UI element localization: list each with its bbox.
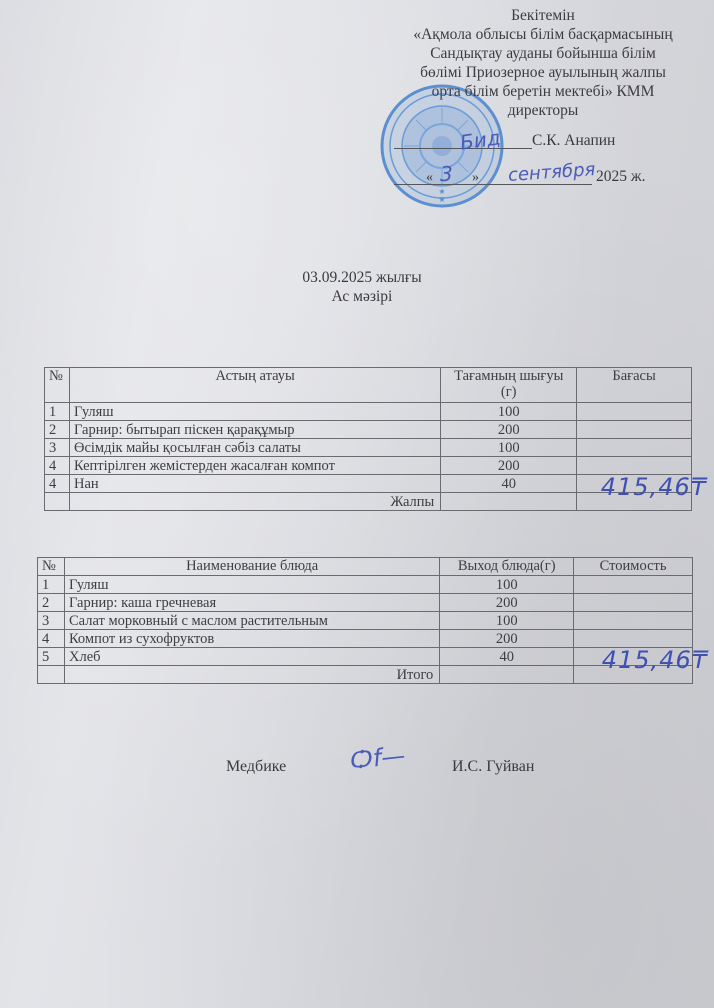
table-row: 3 Салат морковный с маслом растительным … xyxy=(38,612,693,630)
total-label: Жалпы xyxy=(69,493,440,511)
table-row: 2 Гарнир: бытырап піскен қарақұмыр 200 xyxy=(45,421,692,439)
row-qty: 100 xyxy=(440,612,574,630)
row-dish-name: Кептірілген жемістерден жасалған компот xyxy=(69,457,440,475)
row-num: 4 xyxy=(38,630,65,648)
approval-line: бөлімі Приозерное ауылының жалпы xyxy=(378,63,708,82)
row-num: 2 xyxy=(38,594,65,612)
table-row: 3 Өсімдік майы қосылған сәбіз салаты 100 xyxy=(45,439,692,457)
table-row: 4 Кептірілген жемістерден жасалған компо… xyxy=(45,457,692,475)
header-name: Астың атауы xyxy=(69,368,440,403)
director-name: С.К. Анапин xyxy=(532,132,615,150)
nurse-role: Медбике xyxy=(226,758,286,776)
approval-block: Бекітемін «Ақмола облысы білім басқармас… xyxy=(378,6,708,120)
menu-label: Ас мәзірі xyxy=(10,287,714,306)
svg-text:★: ★ xyxy=(438,195,445,204)
table-row: 1 Гуляш 100 xyxy=(38,576,693,594)
row-dish-name: Гуляш xyxy=(69,403,440,421)
document-title: 03.09.2025 жылғы Ас мәзірі xyxy=(0,268,714,306)
header-num: № xyxy=(38,558,65,576)
header-price: Бағасы xyxy=(577,368,692,403)
row-dish-name: Гарнир: каша гречневая xyxy=(64,594,439,612)
row-price xyxy=(574,630,693,648)
row-qty: 200 xyxy=(440,594,574,612)
table-row: 4 Компот из сухофруктов 200 xyxy=(38,630,693,648)
row-dish-name: Салат морковный с маслом растительным xyxy=(64,612,439,630)
handwritten-total: 415,46₸ xyxy=(601,479,707,495)
row-qty: 40 xyxy=(441,475,577,493)
row-qty: 40 xyxy=(440,648,574,666)
row-price xyxy=(574,576,693,594)
row-num: 1 xyxy=(38,576,65,594)
approval-line: директоры xyxy=(378,101,708,120)
row-qty: 200 xyxy=(440,630,574,648)
row-num: 1 xyxy=(45,403,70,421)
row-dish-name: Хлеб xyxy=(64,648,439,666)
header-num: № xyxy=(45,368,70,403)
table-row: 2 Гарнир: каша гречневая 200 xyxy=(38,594,693,612)
approval-line: орта білім беретін мектебі» КММ xyxy=(378,82,708,101)
menu-table-kazakh: № Астың атауы Тағамның шығуы (г) Бағасы … xyxy=(44,367,692,511)
table-header-row: № Наименование блюда Выход блюда(г) Стои… xyxy=(38,558,693,576)
row-dish-name: Компот из сухофруктов xyxy=(64,630,439,648)
approval-date-year: 2025 ж. xyxy=(596,168,645,186)
row-dish-name: Гарнир: бытырап піскен қарақұмыр xyxy=(69,421,440,439)
approval-line: Сандықтау ауданы бойынша білім xyxy=(378,44,708,63)
row-num: 4 xyxy=(45,475,70,493)
row-price xyxy=(574,594,693,612)
total-qty xyxy=(440,666,574,684)
table-header-row: № Астың атауы Тағамның шығуы (г) Бағасы xyxy=(45,368,692,403)
row-dish-name: Нан xyxy=(69,475,440,493)
approval-line: Бекітемін xyxy=(378,6,708,25)
row-num: 5 xyxy=(38,648,65,666)
table-total-row: Жалпы 415,46₸ xyxy=(45,493,692,511)
approval-line: «Ақмола облысы білім басқармасының xyxy=(378,25,708,44)
table-row: 1 Гуляш 100 xyxy=(45,403,692,421)
handwritten-total: 415,46₸ xyxy=(602,652,708,668)
total-price: 415,46₸ xyxy=(577,493,692,511)
nurse-signature: Ѻf— xyxy=(349,741,407,775)
row-price xyxy=(577,403,692,421)
menu-date: 03.09.2025 жылғы xyxy=(10,268,714,287)
total-spacer xyxy=(45,493,70,511)
approval-date-day: 3 xyxy=(440,162,453,186)
total-label: Итого xyxy=(64,666,439,684)
row-qty: 100 xyxy=(440,576,574,594)
row-qty: 100 xyxy=(441,403,577,421)
row-price xyxy=(574,612,693,630)
row-qty: 200 xyxy=(441,457,577,475)
table-row: 4 Нан 40 xyxy=(45,475,692,493)
row-num: 2 xyxy=(45,421,70,439)
header-price: Стоимость xyxy=(574,558,693,576)
header-qty: Тағамның шығуы (г) xyxy=(441,368,577,403)
table-total-row: Итого 415,46₸ xyxy=(38,666,693,684)
row-num: 4 xyxy=(45,457,70,475)
row-dish-name: Гуляш xyxy=(64,576,439,594)
total-spacer xyxy=(38,666,65,684)
nurse-name: И.С. Гуйван xyxy=(452,758,534,776)
row-qty: 100 xyxy=(441,439,577,457)
row-price xyxy=(577,457,692,475)
row-qty: 200 xyxy=(441,421,577,439)
row-price xyxy=(577,439,692,457)
date-underline xyxy=(394,184,592,185)
row-price xyxy=(577,421,692,439)
menu-table-russian: № Наименование блюда Выход блюда(г) Стои… xyxy=(37,557,693,684)
row-num: 3 xyxy=(38,612,65,630)
header-name: Наименование блюда xyxy=(64,558,439,576)
row-num: 3 xyxy=(45,439,70,457)
approval-date-month: сентября xyxy=(507,159,596,186)
header-qty: Выход блюда(г) xyxy=(440,558,574,576)
table-row: 5 Хлеб 40 xyxy=(38,648,693,666)
row-dish-name: Өсімдік майы қосылған сәбіз салаты xyxy=(69,439,440,457)
total-qty xyxy=(441,493,577,511)
total-price: 415,46₸ xyxy=(574,666,693,684)
